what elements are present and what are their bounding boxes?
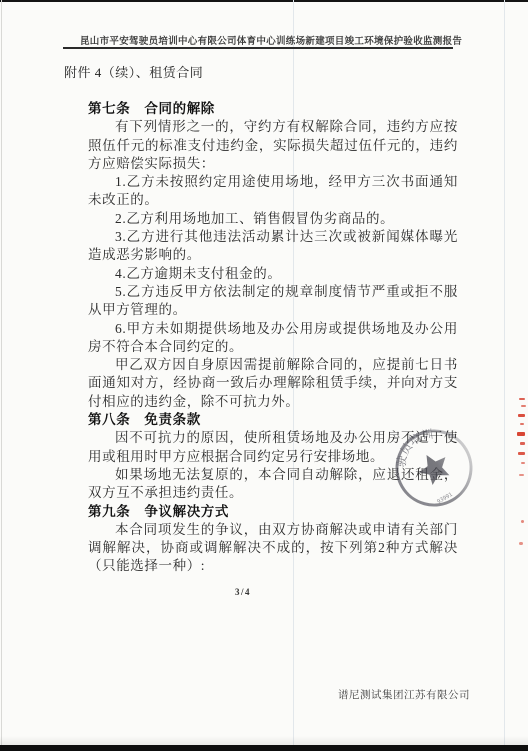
paragraph: 4.乙方逾期未支付租金的。 [88, 265, 458, 283]
paragraph: 甲乙双方因自身原因需提前解除合同的，应提前七日书面通知对方，经协商一致后办理解除… [88, 356, 458, 411]
scanned-document-page: 昆山市平安驾驶员培训中心有限公司体育中心训练场新建项目竣工环境保护验收监测报告 … [0, 0, 528, 751]
paragraph: 本合同项发生的争议，由双方协商解决或申请有关部门调解解决，协商或调解解决不成的，… [88, 521, 458, 576]
round-seal-stamp-icon: 驶员培训 93991 [393, 415, 475, 521]
paragraph: 6.甲方未如期提供场地及办公用房或提供场地及办公用房不符合本合同约定的。 [88, 320, 458, 357]
scan-edge-left [1, 0, 2, 745]
paragraph: 2.乙方利用场地加工、销售假冒伪劣商品的。 [88, 210, 458, 228]
section-heading: 第七条 合同的解除 [88, 100, 458, 118]
scan-shadow-bottom [0, 736, 528, 745]
footer-company-name: 谱尼测试集团江苏有限公司 [338, 687, 463, 702]
star-icon [413, 447, 454, 487]
paper-crease-line [504, 0, 505, 745]
paragraph: 3.乙方进行其他违法活动累计达三次或被新闻媒体曝光造成恶劣影响的。 [88, 228, 458, 265]
paragraph: 有下列情形之一的，守约方有权解除合同，违约方应按照伍仟元的标准支付违约金，实际损… [88, 118, 458, 173]
header-divider [63, 47, 453, 49]
red-stamp-fragments [515, 396, 528, 548]
page-number: 3/4 [88, 587, 398, 597]
paragraph: 1.乙方未按照约定用途使用场地，经甲方三次书面通知未改正的。 [88, 173, 458, 210]
scan-edge-bottom [0, 745, 528, 751]
scan-edge-top [0, 0, 528, 2]
attachment-title: 附件 4（续）、租赁合同 [64, 62, 203, 81]
report-header-title: 昆山市平安驾驶员培训中心有限公司体育中心训练场新建项目竣工环境保护验收监测报告 [80, 33, 462, 47]
paragraph: 5.乙方违反甲方依法制定的规章制度情节严重或拒不服从甲方管理的。 [88, 283, 458, 320]
